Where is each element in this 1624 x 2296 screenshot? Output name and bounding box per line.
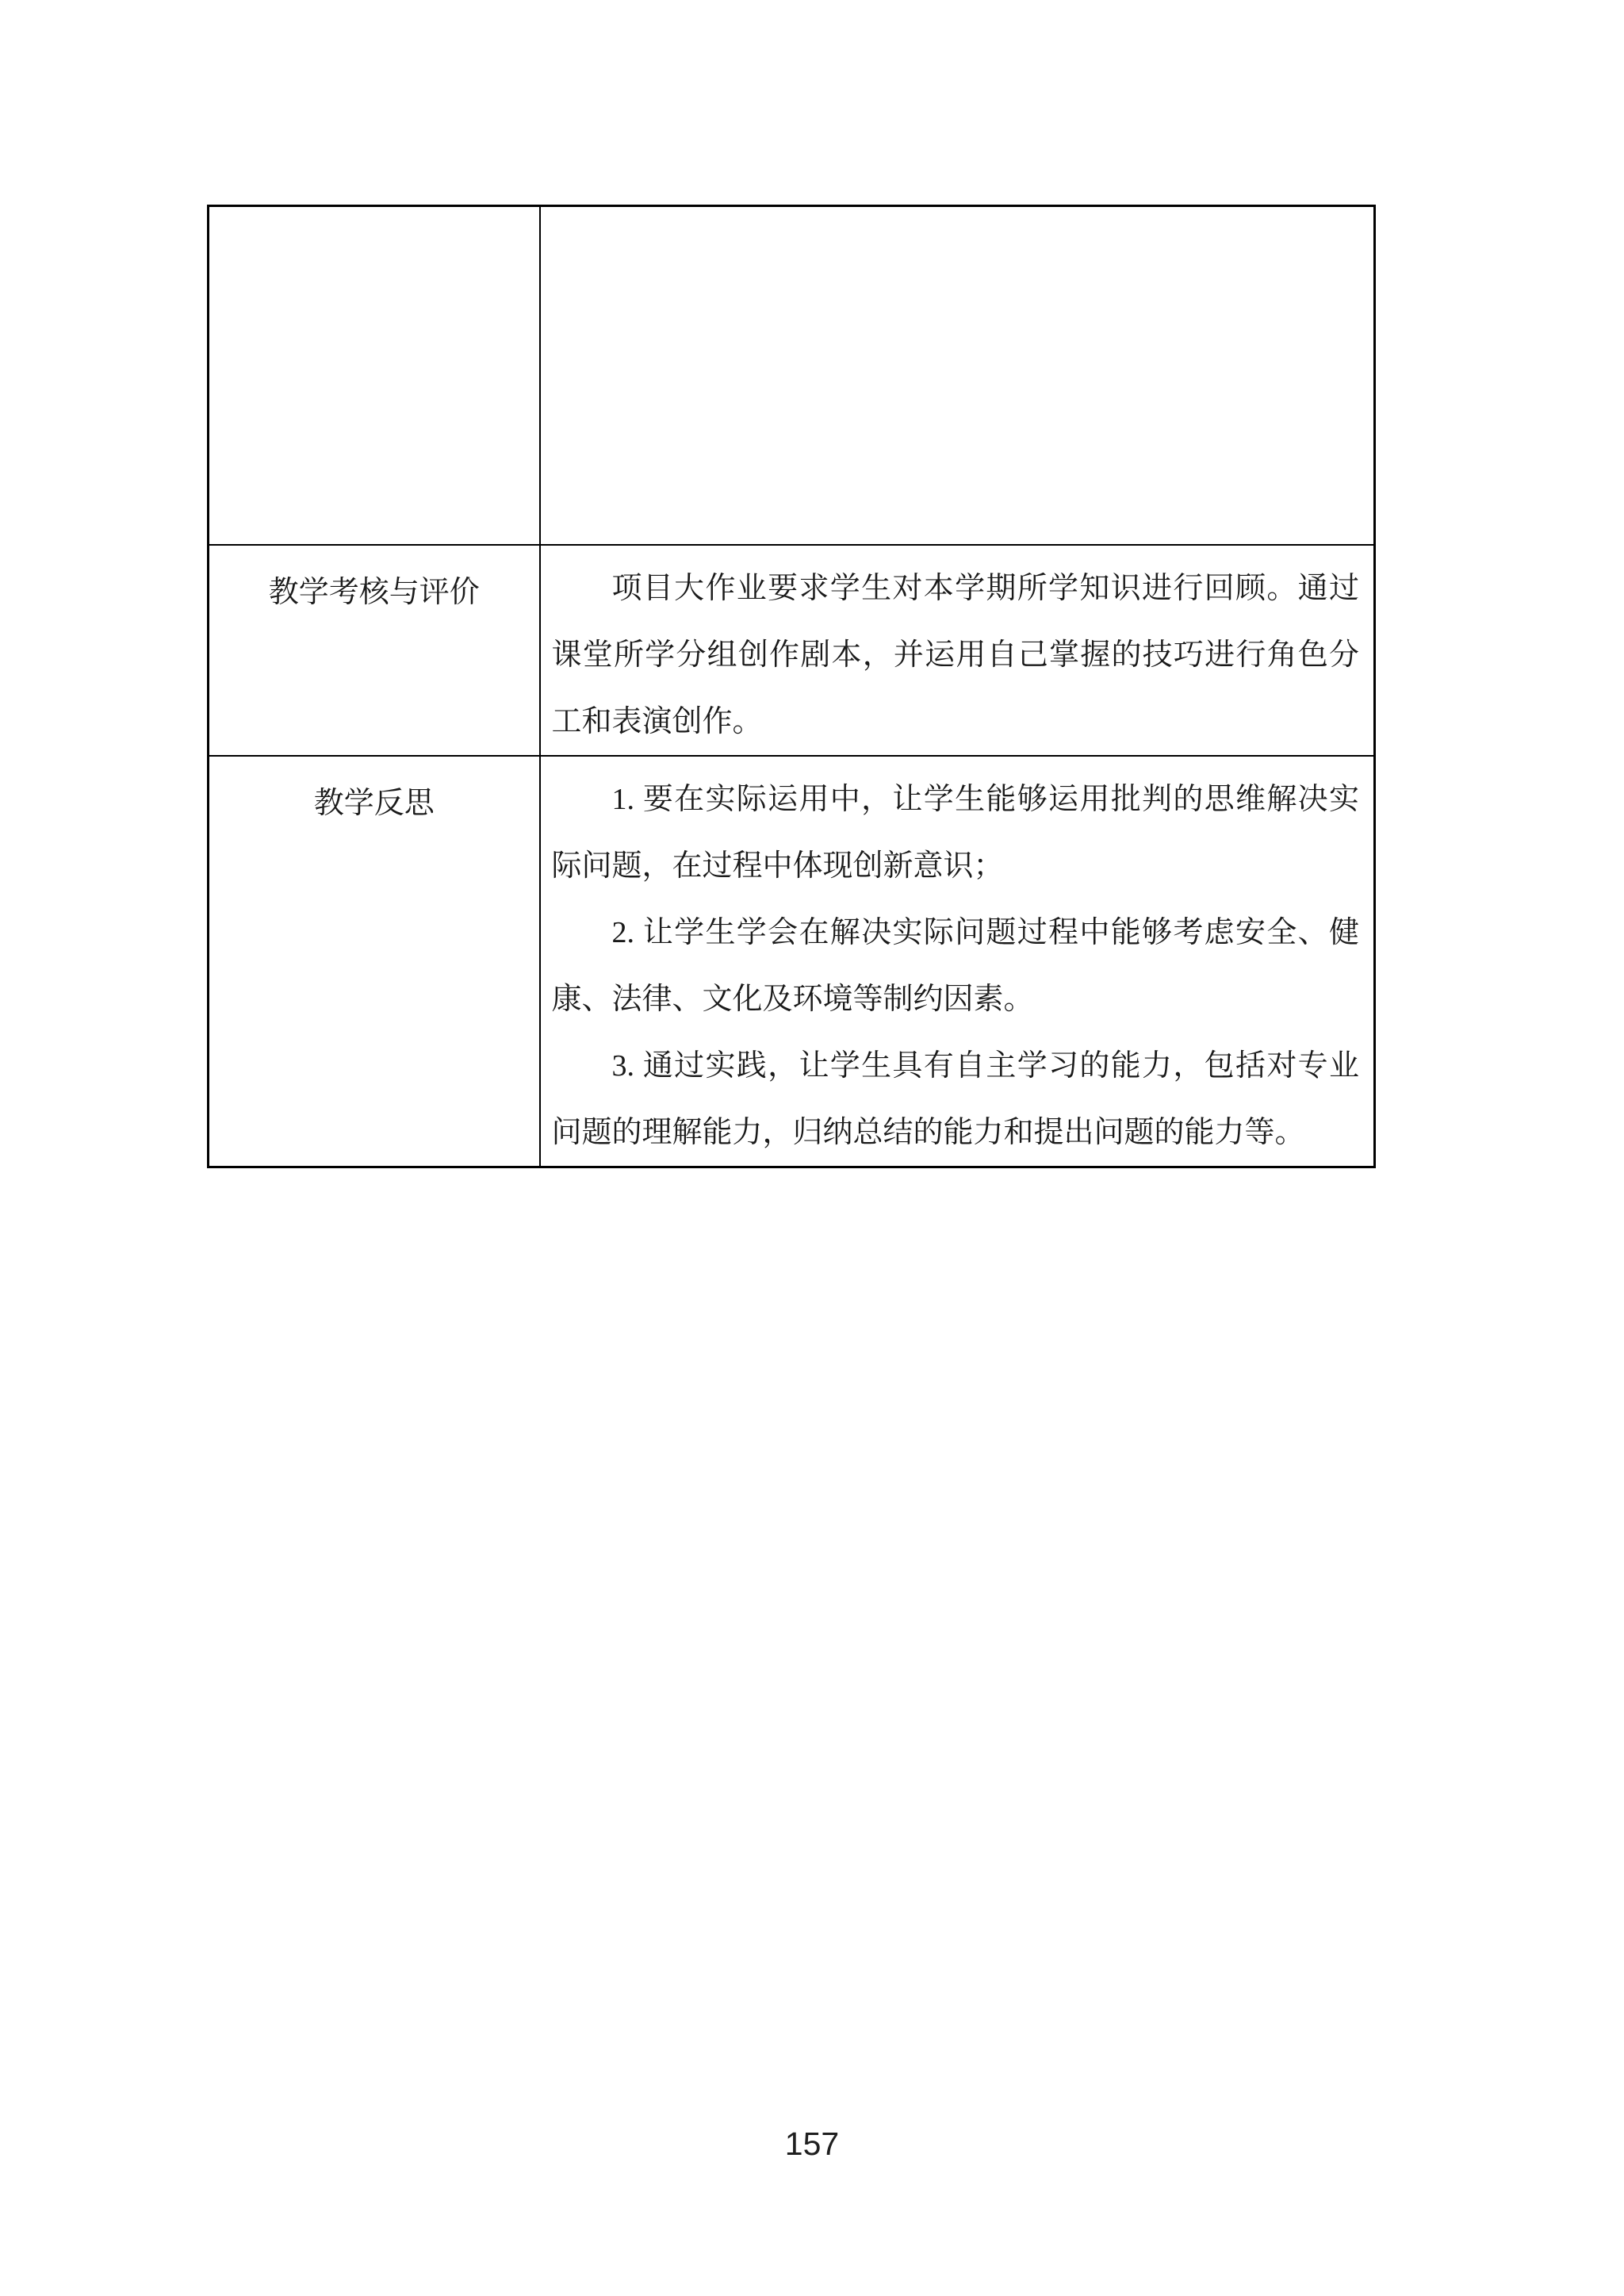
content-paragraph: 2. 让学生学会在解决实际问题过程中能够考虑安全、健康、法律、文化及环境等制约因… xyxy=(552,899,1360,1033)
table-row-reflection: 教学反思 1. 要在实际运用中，让学生能够运用批判的思维解决实际问题，在过程中体… xyxy=(209,756,1375,1167)
document-page: 教学考核与评价 项目大作业要求学生对本学期所学知识进行回顾。通过课堂所学分组创作… xyxy=(0,0,1624,2296)
content-paragraph: 项目大作业要求学生对本学期所学知识进行回顾。通过课堂所学分组创作剧本，并运用自己… xyxy=(552,555,1360,755)
blank-content-cell xyxy=(540,206,1375,545)
blank-label-cell xyxy=(209,206,540,545)
assessment-content-cell: 项目大作业要求学生对本学期所学知识进行回顾。通过课堂所学分组创作剧本，并运用自己… xyxy=(540,545,1375,756)
page-number: 157 xyxy=(0,2125,1624,2162)
content-paragraph: 1. 要在实际运用中，让学生能够运用批判的思维解决实际问题，在过程中体现创新意识… xyxy=(552,766,1360,899)
lesson-plan-table: 教学考核与评价 项目大作业要求学生对本学期所学知识进行回顾。通过课堂所学分组创作… xyxy=(207,205,1376,1168)
reflection-label-cell: 教学反思 xyxy=(209,756,540,1167)
table-row-blank xyxy=(209,206,1375,545)
table-row-assessment: 教学考核与评价 项目大作业要求学生对本学期所学知识进行回顾。通过课堂所学分组创作… xyxy=(209,545,1375,756)
content-paragraph: 3. 通过实践，让学生具有自主学习的能力，包括对专业问题的理解能力，归纳总结的能… xyxy=(552,1033,1360,1166)
assessment-label-cell: 教学考核与评价 xyxy=(209,545,540,756)
reflection-content-cell: 1. 要在实际运用中，让学生能够运用批判的思维解决实际问题，在过程中体现创新意识… xyxy=(540,756,1375,1167)
